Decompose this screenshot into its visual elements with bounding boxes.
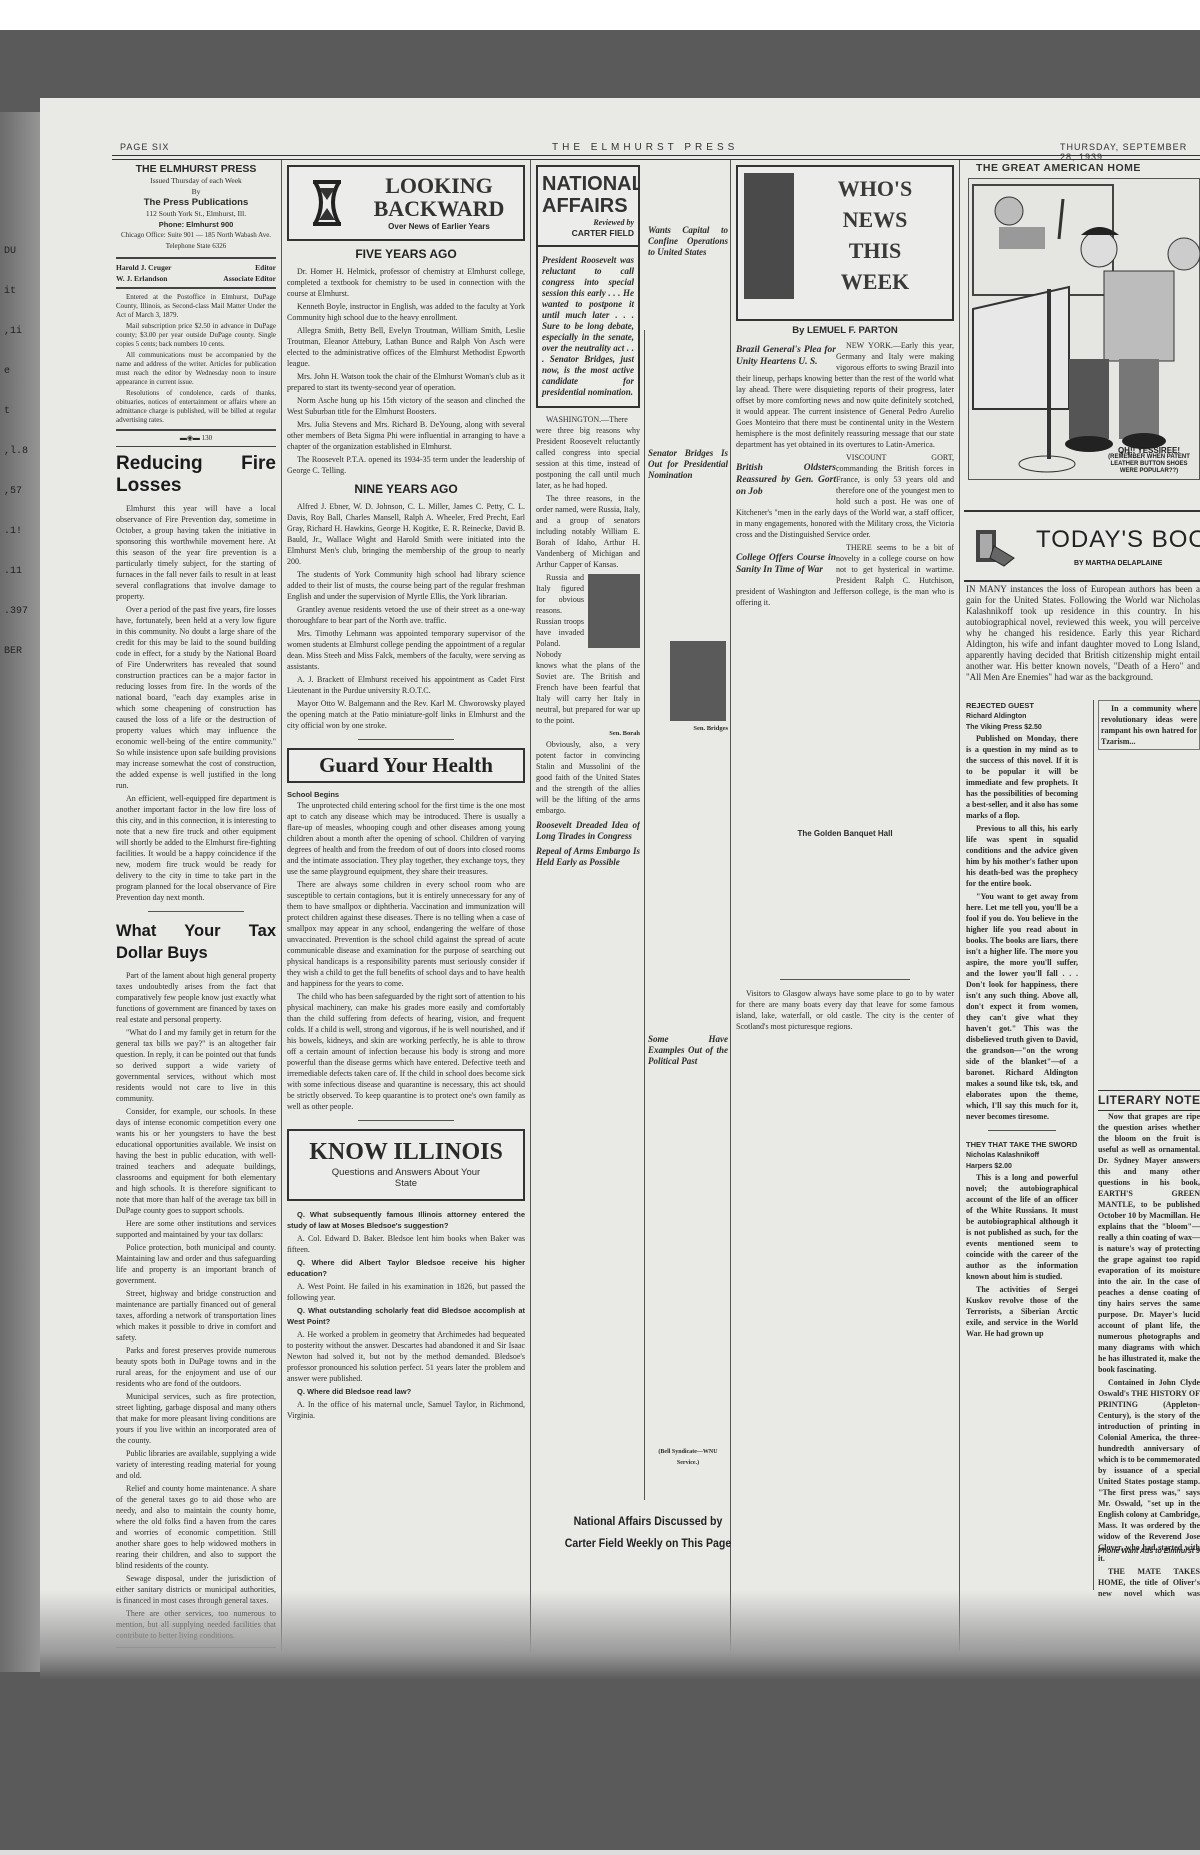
- union-emblem-icon: ▬◉▬: [180, 434, 200, 442]
- whos-news-title: NEWS: [804, 204, 946, 235]
- literary-column: In a community where revolutionary ideas…: [1098, 700, 1200, 1600]
- editorial-paragraph: Part of the lament about high general pr…: [116, 970, 276, 1025]
- section-heading: FIVE YEARS AGO: [287, 249, 525, 260]
- book-review-column: REJECTED GUEST Richard Aldington The Vik…: [966, 700, 1078, 1600]
- qa-answer: A. West Point. He failed in his examinat…: [287, 1281, 525, 1303]
- want-ads-footer: Phone Want Ads to Elmhurst 900: [1098, 1548, 1200, 1555]
- masthead-phone: Phone: Elmhurst 900: [116, 219, 276, 230]
- national-affairs-promo: National Affairs Discussed by Carter Fie…: [560, 1510, 736, 1554]
- masthead-notice: Resolutions of condolence, cards of than…: [116, 389, 276, 425]
- review-paragraph: "You want to get away from here. Let me …: [966, 891, 1078, 1122]
- editorial-paragraph: Public libraries are available, supplyin…: [116, 1448, 276, 1481]
- editorial-paragraph: Here are some other institutions and ser…: [116, 1218, 276, 1240]
- whos-news-header: WHO'S NEWS THIS WEEK: [736, 165, 954, 321]
- glasgow-paragraph: Visitors to Glasgow always have some pla…: [736, 988, 954, 1032]
- masthead-by: By: [116, 186, 276, 197]
- staff-name: W. J. Erlandson: [116, 273, 167, 284]
- article-subhead: Wants Capital to Confine Operations to U…: [648, 225, 728, 258]
- whos-news-column: WHO'S NEWS THIS WEEK By LEMUEL F. PARTON…: [736, 165, 954, 1585]
- article-subhead: Senator Bridges Is Out for Presidential …: [648, 448, 728, 481]
- review-paragraph: Previous to all this, his early life was…: [966, 823, 1078, 889]
- news-item: Dr. Homer H. Helmick, professor of chemi…: [287, 266, 525, 299]
- editorial-paragraph: An efficient, well-equipped fire departm…: [116, 793, 276, 903]
- masthead-notice: Entered at the Postoffice in Elmhurst, D…: [116, 293, 276, 320]
- column-rule: [644, 330, 645, 1500]
- union-label-number: 130: [202, 434, 213, 442]
- news-item: Mrs. Timothy Lehmann was appointed tempo…: [287, 628, 525, 672]
- masthead-telephone: Telephone State 6326: [116, 241, 276, 252]
- sidehead: Brazil General's Plea for Unity Heartens…: [736, 344, 836, 368]
- section-heading: NINE YEARS AGO: [287, 484, 525, 495]
- book-author: Richard Aldington: [966, 711, 1078, 722]
- news-item: Kenneth Boyle, instructor in English, wa…: [287, 301, 525, 323]
- masthead-box: THE ELMHURST PRESS Issued Thursday of ea…: [116, 164, 276, 252]
- staff-row: W. J. ErlandsonAssociate Editor: [116, 273, 276, 284]
- qa-answer: A. Col. Edward D. Baker. Bledsoe lent hi…: [287, 1233, 525, 1255]
- masthead-notice: All communications must be accompanied b…: [116, 351, 276, 387]
- viewer-top-margin: [0, 0, 1200, 30]
- staff-role: Associate Editor: [223, 273, 276, 284]
- book-publisher: The Viking Press $2.50: [966, 722, 1078, 733]
- whos-news-title: WEEK: [804, 266, 946, 297]
- news-item: Mrs. John H. Watson took the chair of th…: [287, 371, 525, 393]
- qa-question: Q. What outstanding scholarly feat did B…: [287, 1305, 525, 1327]
- health-paragraph: The child who has been safeguarded by th…: [287, 991, 525, 1112]
- column-rule: [730, 160, 731, 1660]
- article-subhead: Repeal of Arms Embargo Is Held Early as …: [536, 846, 640, 868]
- literary-notes-title: LITERARY NOTES: [1098, 1095, 1200, 1106]
- divider: [988, 1130, 1055, 1131]
- reviewed-by: Reviewed by: [542, 217, 634, 228]
- todays-book-byline: BY MARTHA DELAPLAINE: [1074, 560, 1162, 567]
- literary-paragraph: Now that grapes are ripe the question ar…: [1098, 1111, 1200, 1375]
- editorial-paragraph: Police protection, both municipal and co…: [116, 1242, 276, 1286]
- column-rule: [1093, 700, 1094, 1590]
- editorial-paragraph: Relief and county home maintenance. A sh…: [116, 1483, 276, 1571]
- article-paragraph: The three reasons, in the order named, w…: [536, 493, 640, 570]
- book-publisher: Harpers $2.00: [966, 1161, 1078, 1172]
- review-paragraph: The activities of Sergei Kuskov revolve …: [966, 1284, 1078, 1339]
- news-item: The students of York Community high scho…: [287, 569, 525, 602]
- editorial-paragraph: Street, highway and bridge construction …: [116, 1288, 276, 1343]
- todays-book-header: TODAY'S BOOK BY MARTHA DELAPLAINE: [964, 510, 1200, 582]
- news-item: Mayor Otto W. Balgemann and the Rev. Kar…: [287, 698, 525, 731]
- article-subhead: Roosevelt Dreaded Idea of Long Tirades i…: [536, 820, 640, 842]
- edge-fragments: DUit,1iet,l.8,57.1!.11.397BER: [4, 232, 34, 672]
- qa-question: Q. Where did Bledsoe read law?: [287, 1386, 525, 1397]
- know-illinois-title: KNOW ILLINOIS: [293, 1139, 519, 1165]
- divider: [148, 911, 244, 912]
- book-icon: [974, 528, 1018, 568]
- comic-strip: THE GREAT AMERICAN HOME ★ ★ OH!! YESSIRE…: [964, 158, 1200, 498]
- literary-notes-header: LITERARY NOTES: [1098, 1090, 1200, 1111]
- know-illinois-header: KNOW ILLINOIS Questions and Answers Abou…: [287, 1129, 525, 1201]
- viewer-bottom-edge: [0, 1850, 1200, 1855]
- masthead-issued: Issued Thursday of each Week: [116, 175, 276, 186]
- photo-caption: Sen. Borah: [536, 728, 640, 739]
- book-sidebar: In a community where revolutionary ideas…: [1098, 700, 1200, 750]
- divider: [358, 1120, 453, 1121]
- editorial-headline: What Your Tax Dollar Buys: [116, 920, 276, 964]
- national-affairs-title: NATIONAL: [542, 173, 634, 195]
- looking-backward-header: LOOKING BACKWARD Over News of Earlier Ye…: [287, 165, 525, 241]
- promo-line: National Affairs Discussed by: [560, 1510, 736, 1532]
- photo-caption: Sen. Bridges: [648, 723, 728, 734]
- guard-health-subhead: School Begins: [287, 789, 525, 800]
- book-intro-text: IN MANY instances the loss of European a…: [966, 584, 1200, 683]
- looking-backward-subtitle: Over News of Earlier Years: [359, 221, 519, 232]
- editorial-paragraph: Elmhurst this year will have a local obs…: [116, 503, 276, 602]
- review-paragraph: Published on Monday, there is a question…: [966, 733, 1078, 821]
- editorial-headline: Reducing Fire Losses: [116, 453, 276, 497]
- masthead-chicago: Chicago Office: Suite 901 — 185 North Wa…: [116, 230, 276, 241]
- book-title: THEY THAT TAKE THE SWORD: [966, 1139, 1078, 1150]
- page-bottom-shadow: [40, 1590, 1200, 1680]
- qa-answer: A. He worked a problem in geometry that …: [287, 1329, 525, 1384]
- comic-illustration-icon: ★ ★: [969, 179, 1200, 479]
- news-item: A. J. Brackett of Elmhurst received his …: [287, 674, 525, 696]
- todays-book-intro: IN MANY instances the loss of European a…: [966, 584, 1200, 694]
- sidehead: College Offers Course in Sanity In Time …: [736, 552, 836, 576]
- whos-news-title: THIS: [804, 235, 946, 266]
- qa-answer: A. In the office of his maternal uncle, …: [287, 1399, 525, 1421]
- comic-title: THE GREAT AMERICAN HOME: [964, 158, 1200, 178]
- sidehead: British Oldsters Reassured by Gen. Gort …: [736, 462, 836, 498]
- national-affairs-continued: Wants Capital to Confine Operations to U…: [648, 165, 728, 1485]
- article-subhead: Some Have Examples Out of the Political …: [648, 1034, 728, 1067]
- national-affairs-title: AFFAIRS: [542, 195, 634, 217]
- national-affairs-column: NATIONAL AFFAIRS Reviewed by CARTER FIEL…: [536, 165, 640, 1485]
- todays-book-title: TODAY'S BOOK: [1036, 526, 1200, 554]
- know-illinois-subtitle: Questions and Answers About Your State: [327, 1167, 485, 1189]
- comic-panel: ★ ★ OH!! YESSIREE! (REMEMBER WHEN PATENT…: [968, 178, 1200, 480]
- book-author: Nicholas Kalashnikoff: [966, 1150, 1078, 1161]
- masthead-publisher: The Press Publications: [116, 197, 276, 208]
- health-paragraph: There are always some children in every …: [287, 879, 525, 989]
- comic-caption-sub: (REMEMBER WHEN PATENT LEATHER BUTTON SHO…: [1103, 454, 1195, 475]
- whos-news-byline: By LEMUEL F. PARTON: [736, 325, 954, 336]
- editorial-paragraph: Consider, for example, our schools. In t…: [116, 1106, 276, 1216]
- editorial-paragraph: "What do I and my family get in return f…: [116, 1027, 276, 1104]
- comic-caption-main: OH!! YESSIREE!: [1103, 447, 1195, 454]
- glasgow-title: The Golden Banquet Hall: [736, 828, 954, 839]
- portrait-photo: [744, 173, 794, 299]
- looking-backward-title: LOOKING: [359, 175, 519, 197]
- union-label: ▬◉▬ 130: [116, 433, 276, 444]
- column-rule: [530, 160, 531, 1670]
- column-rule: [281, 160, 282, 1670]
- photo-sen-bridges: [670, 641, 726, 721]
- hourglass-icon: [305, 178, 349, 228]
- news-item: Alfred J. Ebner, W. D. Johnson, C. L. Mi…: [287, 501, 525, 567]
- news-item: Grantley avenue residents vetoed the use…: [287, 604, 525, 626]
- article-paragraph: WASHINGTON.—There were three big reasons…: [536, 414, 640, 491]
- news-item: Allegra Smith, Betty Bell, Evelyn Troutm…: [287, 325, 525, 369]
- book-title: REJECTED GUEST: [966, 700, 1078, 711]
- author: CARTER FIELD: [542, 228, 634, 239]
- masthead-address: 112 South York St., Elmhurst, Ill.: [116, 208, 276, 219]
- divider: [780, 979, 911, 980]
- staff-role: Editor: [255, 262, 276, 273]
- guard-health-title: Guard Your Health: [293, 760, 519, 771]
- staff-row: Harold J. CrugerEditor: [116, 262, 276, 273]
- editorial-paragraph: Parks and forest preserves provide numer…: [116, 1345, 276, 1389]
- editorial-column: THE ELMHURST PRESS Issued Thursday of ea…: [116, 160, 276, 1660]
- news-item: The Roosevelt P.T.A. opened its 1934-35 …: [287, 454, 525, 476]
- looking-backward-title: BACKWARD: [359, 197, 519, 221]
- article-paragraph: Obviously, also, a very potent factor in…: [536, 739, 640, 816]
- photo-sen-borah: [588, 574, 640, 648]
- review-paragraph: This is a long and powerful novel; the a…: [966, 1172, 1078, 1282]
- newspaper-title: THE ELMHURST PRESS: [552, 142, 738, 153]
- editorial-paragraph: Over a period of the past five years, fi…: [116, 604, 276, 791]
- page-number: PAGE SIX: [120, 142, 169, 152]
- qa-question: Q. What subsequently famous Illinois att…: [287, 1209, 525, 1231]
- national-affairs-header: NATIONAL AFFAIRS Reviewed by CARTER FIEL…: [536, 165, 640, 247]
- comic-caption: OH!! YESSIREE! (REMEMBER WHEN PATENT LEA…: [1103, 447, 1195, 475]
- qa-question: Q. Where did Albert Taylor Bledsoe recei…: [287, 1257, 525, 1279]
- staff-name: Harold J. Cruger: [116, 262, 171, 273]
- guard-health-header: Guard Your Health: [287, 748, 525, 783]
- news-item: Norm Asche hung up his 15th victory of t…: [287, 395, 525, 417]
- divider: [358, 739, 453, 740]
- whos-news-title: WHO'S: [804, 173, 946, 204]
- column-rule: [959, 160, 960, 1660]
- masthead-notice: Mail subscription price $2.50 in advance…: [116, 322, 276, 349]
- news-item: Mrs. Julia Stevens and Mrs. Richard B. D…: [287, 419, 525, 452]
- literary-paragraph: Contained in John Clyde Oswald's THE HIS…: [1098, 1377, 1200, 1564]
- masthead-name: THE ELMHURST PRESS: [116, 164, 276, 175]
- features-column: LOOKING BACKWARD Over News of Earlier Ye…: [287, 165, 525, 1595]
- promo-line: Carter Field Weekly on This Page: [560, 1532, 736, 1554]
- health-paragraph: The unprotected child entering school fo…: [287, 800, 525, 877]
- syndicate-credit: (Bell Syndicate—WNU Service.): [648, 1447, 728, 1469]
- national-affairs-summary: President Roosevelt was reluctant to cal…: [536, 247, 640, 408]
- editorial-paragraph: Municipal services, such as fire protect…: [116, 1391, 276, 1446]
